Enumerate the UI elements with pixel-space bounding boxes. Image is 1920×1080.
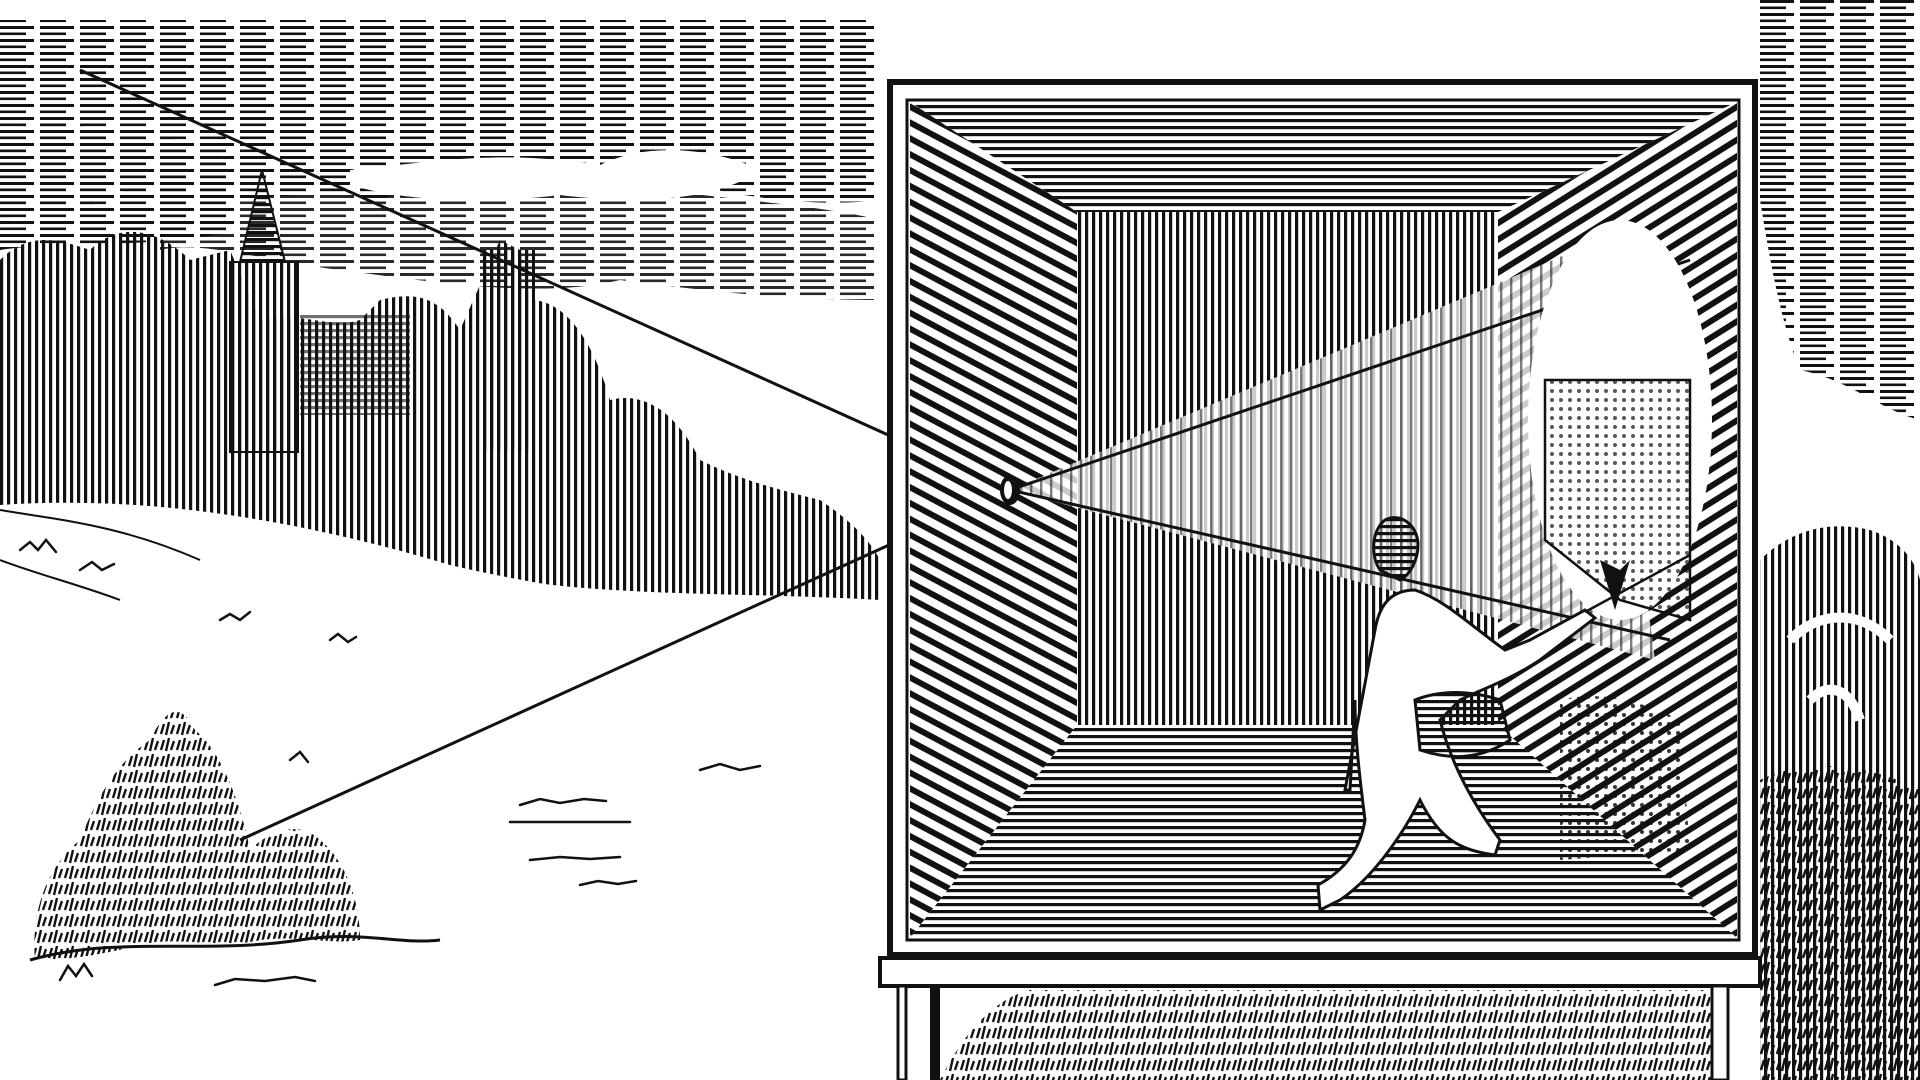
castle-keep — [480, 250, 535, 450]
camera-obscura-engraving — [0, 0, 1920, 1080]
castle-tower — [230, 262, 298, 452]
bush-right — [1760, 526, 1920, 1080]
shrub-left — [34, 712, 360, 960]
leg-right — [1712, 986, 1728, 1080]
leg-left — [898, 986, 906, 1080]
camera-obscura-box — [880, 82, 1760, 1080]
base-plank — [880, 958, 1760, 986]
grass-under-box — [940, 990, 1712, 1080]
